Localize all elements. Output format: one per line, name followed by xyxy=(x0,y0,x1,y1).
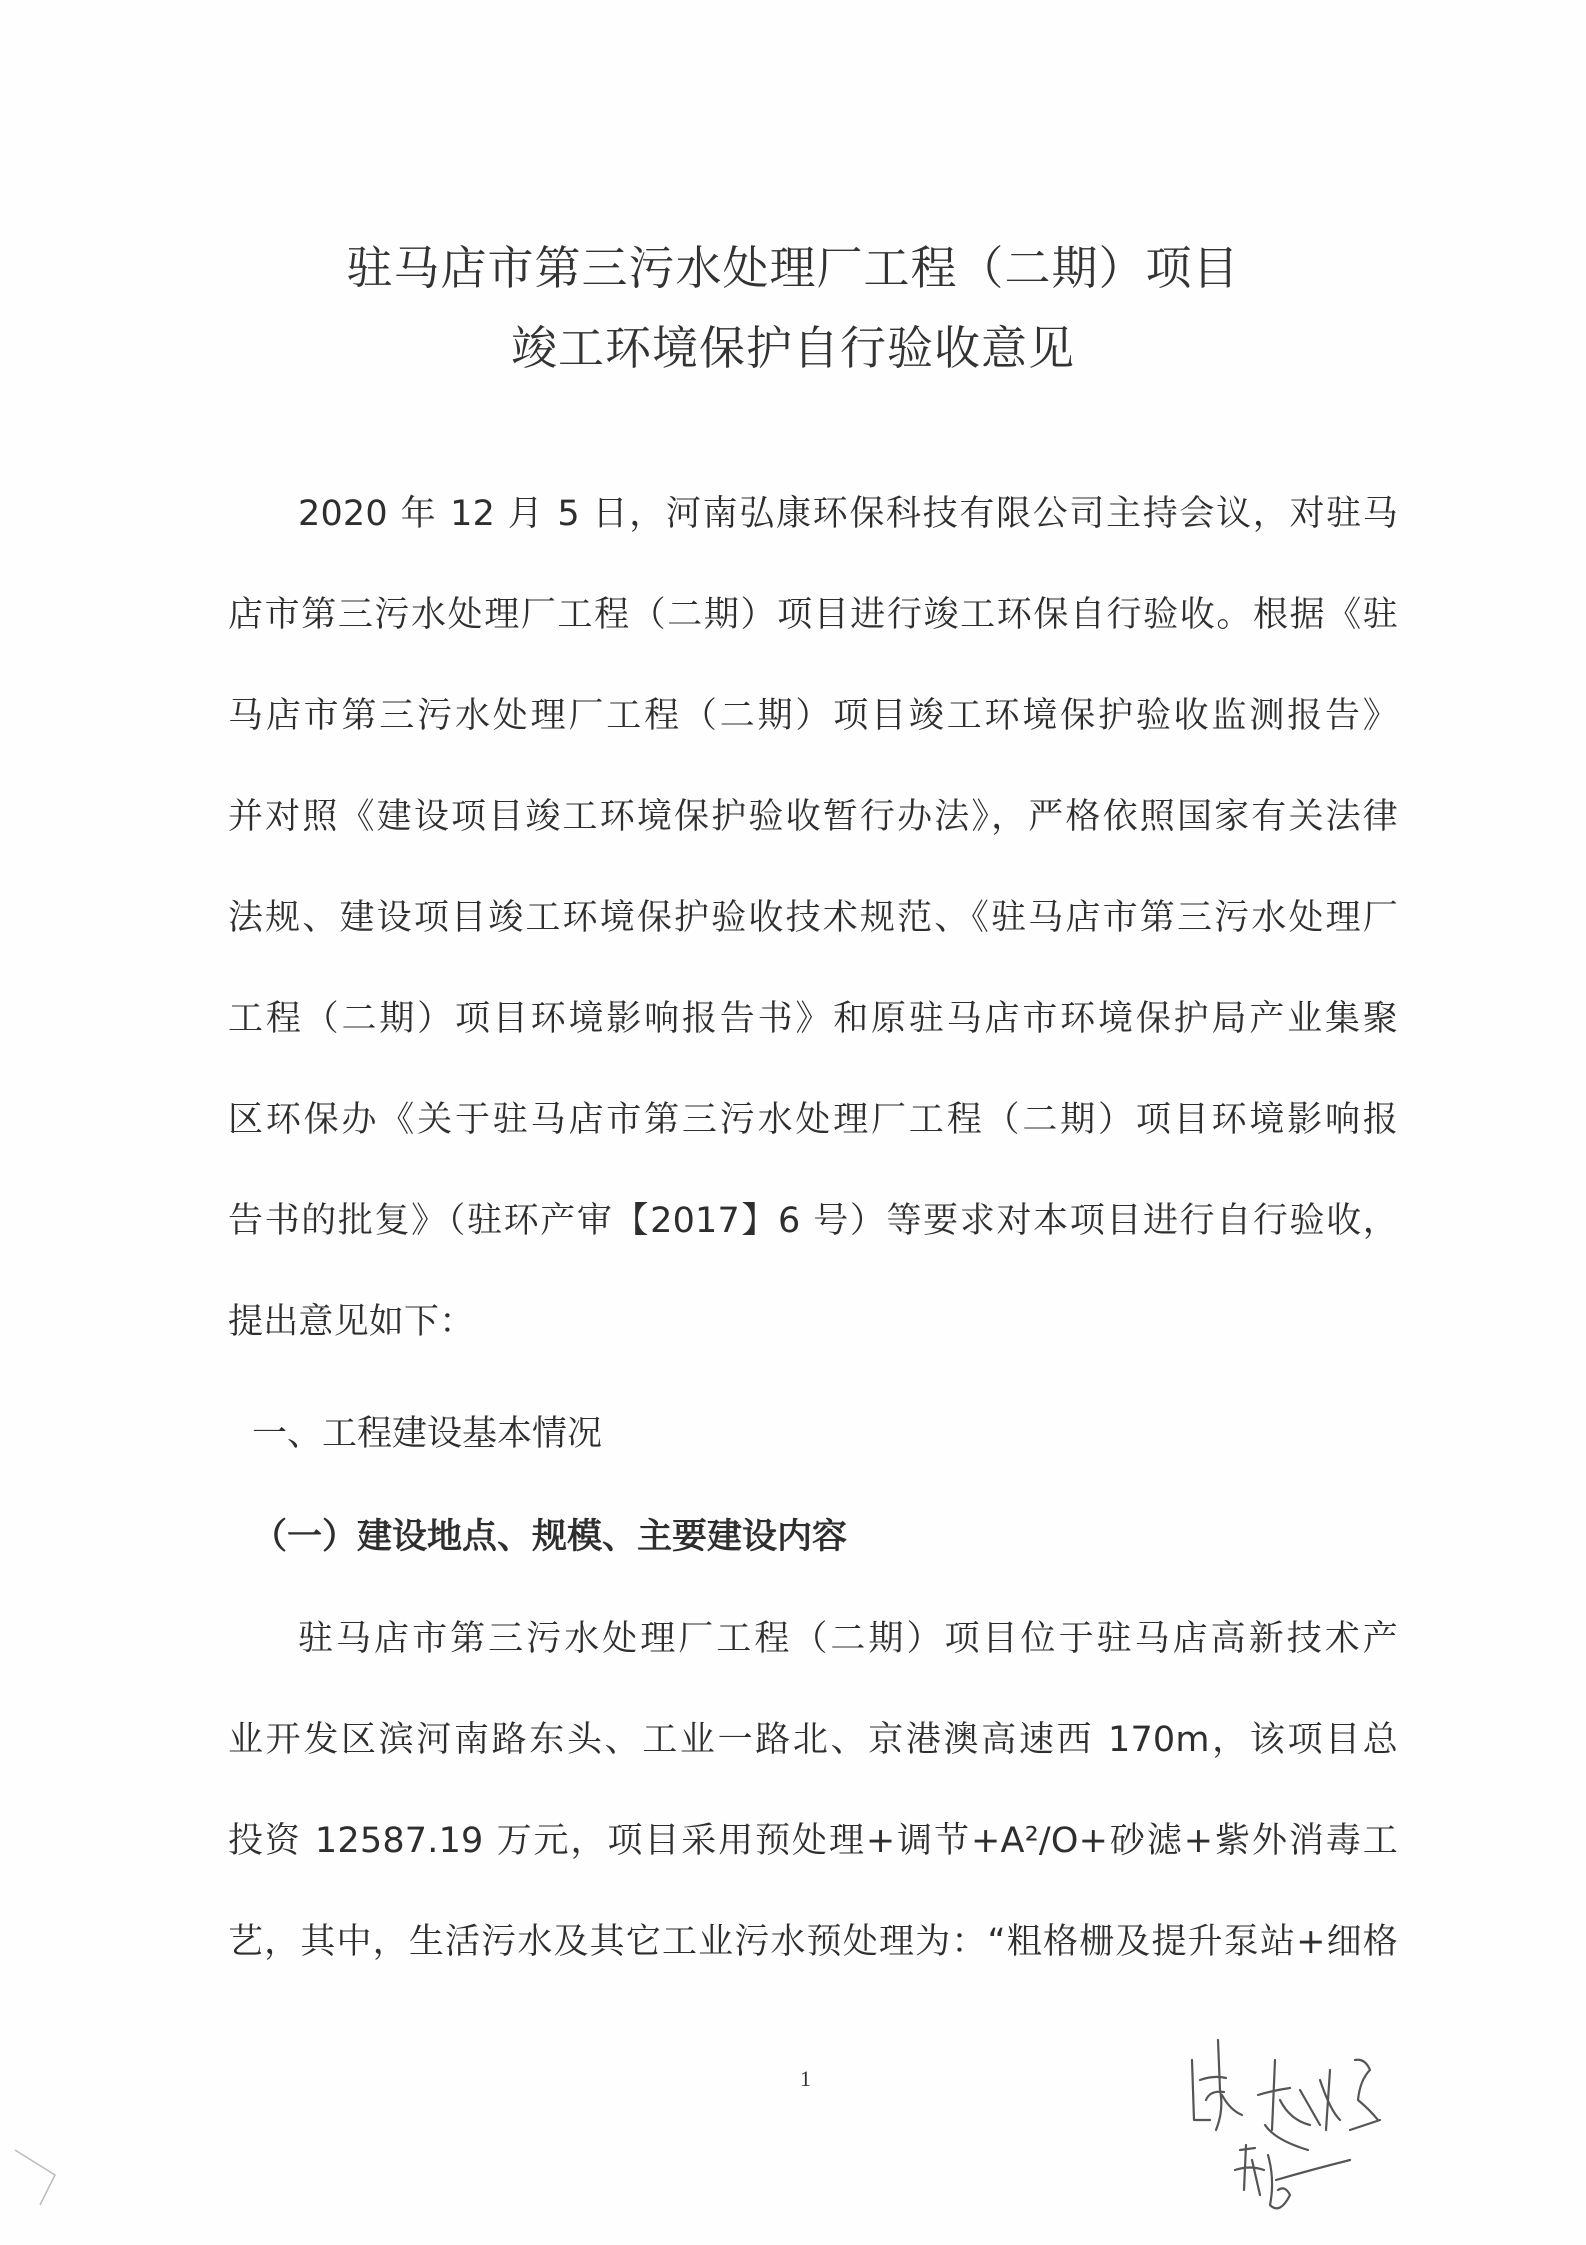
document-page: 驻马店市第三污水处理厂工程（二期）项目 竣工环境保护自行验收意见 2020 年 … xyxy=(0,0,1586,2245)
scan-corner-mark xyxy=(10,2140,60,2210)
paragraph-line: 2020 年 12 月 5 日，河南弘康环保科技有限公司主持会议，对驻马 xyxy=(298,492,1398,536)
paragraph-line: 马店市第三污水处理厂工程（二期）项目竣工环境保护验收监测报告》 xyxy=(228,694,1398,738)
paragraph-line: 并对照《建设项目竣工环境保护验收暂行办法》，严格依照国家有关法律 xyxy=(228,795,1398,839)
paragraph-line: 区环保办《关于驻马店市第三污水处理厂工程（二期）项目环境影响报 xyxy=(228,1098,1398,1142)
section-heading: 一、工程建设基本情况 xyxy=(252,1412,602,1456)
page-number: 1 xyxy=(800,2066,811,2092)
paragraph-line: 提出意见如下： xyxy=(228,1300,1398,1344)
document-title-line-2: 竣工环境保护自行验收意见 xyxy=(0,312,1586,378)
paragraph-line: 艺，其中，生活污水及其它工业污水预处理为：“粗格栅及提升泵站+细格 xyxy=(228,1920,1398,1964)
signature-icon xyxy=(1180,2020,1500,2220)
paragraph-line: 工程（二期）项目环境影响报告书》和原驻马店市环境保护局产业集聚 xyxy=(228,997,1398,1041)
paragraph-line: 店市第三污水处理厂工程（二期）项目进行竣工环保自行验收。根据《驻 xyxy=(228,593,1398,637)
subsection-heading: （一）建设地点、规模、主要建设内容 xyxy=(252,1515,847,1559)
paragraph-line: 业开发区滨河南路东头、工业一路北、京港澳高速西 170m，该项目总 xyxy=(228,1718,1398,1762)
paragraph-line: 告书的批复》（驻环产审【2017】6 号）等要求对本项目进行自行验收， xyxy=(228,1199,1398,1243)
paragraph-line: 投资 12587.19 万元，项目采用预处理+调节+A²/O+砂滤+紫外消毒工 xyxy=(228,1819,1398,1863)
paragraph-line: 法规、建设项目竣工环境保护验收技术规范、《驻马店市第三污水处理厂 xyxy=(228,896,1398,940)
paragraph-line: 驻马店市第三污水处理厂工程（二期）项目位于驻马店高新技术产 xyxy=(298,1617,1398,1661)
document-title-line-1: 驻马店市第三污水处理厂工程（二期）项目 xyxy=(0,232,1586,298)
